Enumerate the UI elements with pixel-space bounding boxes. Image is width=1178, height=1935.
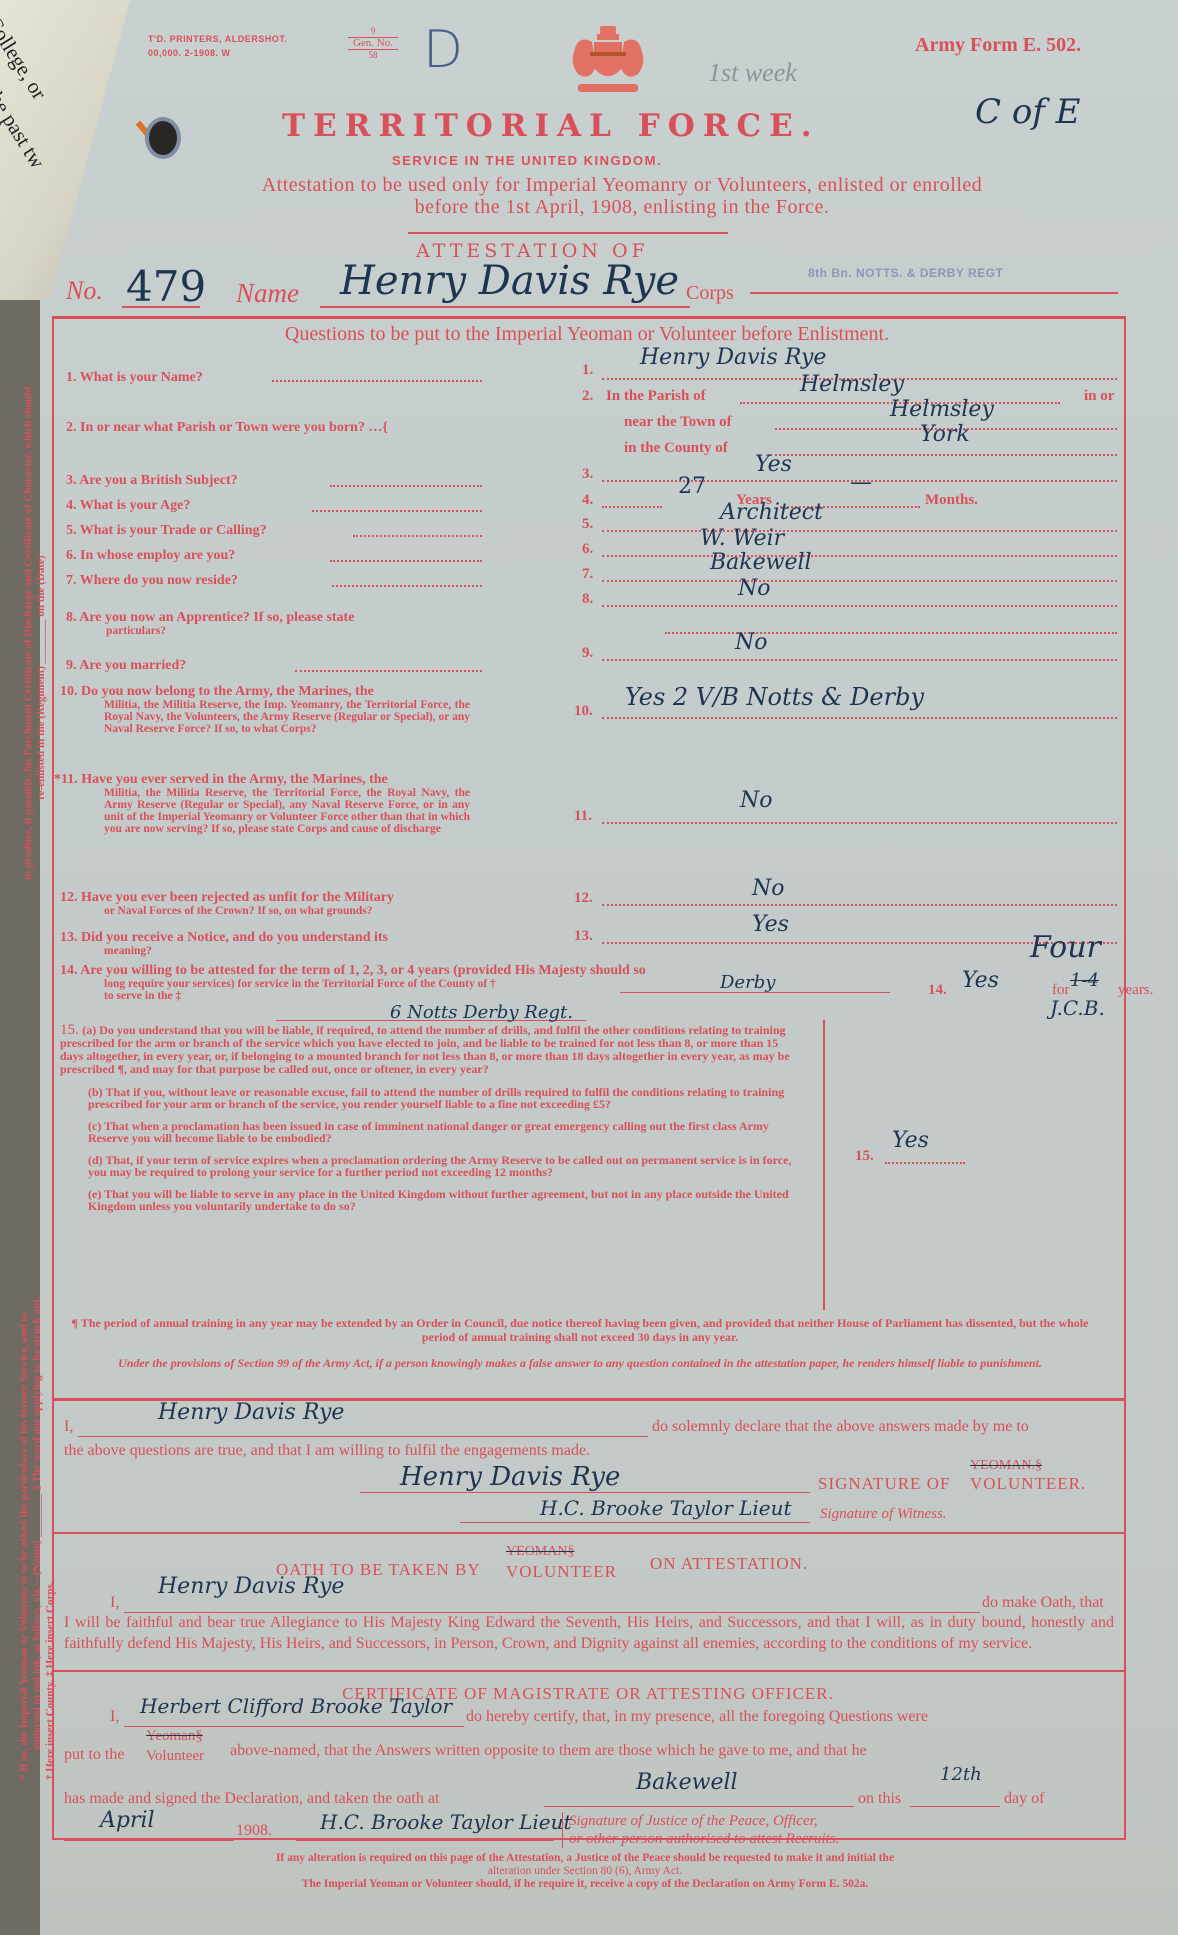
answer-line-7 — [602, 580, 1117, 582]
cert-text3: has made and signed the Declaration, and… — [64, 1788, 439, 1809]
day-line — [910, 1806, 1000, 1807]
name-label: Name — [236, 278, 299, 309]
q-subtext: or Naval Forces of the Crown? If so, on … — [60, 905, 470, 917]
gen-label: Gen. No. — [348, 37, 398, 50]
cert-text1: do hereby certify, that, in my presence,… — [466, 1706, 928, 1727]
sig-label-line: or other person authorised to attest Rec… — [569, 1830, 839, 1848]
gen-top: 9 — [348, 26, 398, 37]
oath-name: Henry Davis Rye — [158, 1574, 344, 1599]
question-7: 7. Where do you now reside? — [66, 573, 238, 588]
answer-line-county — [770, 454, 1117, 456]
q-text: Did you receive a Notice, and do you und… — [81, 930, 388, 945]
answer-11: No — [740, 788, 773, 813]
corps-line — [750, 292, 1118, 294]
q14-unit: 6 Notts Derby Regt. — [390, 1002, 573, 1023]
q-leader — [330, 560, 482, 562]
footer-line: The Imperial Yeoman or Volunteer should,… — [100, 1878, 1070, 1891]
decl-text1: do solemnly declare that the above answe… — [652, 1416, 1029, 1437]
answer-line-4a — [602, 506, 662, 508]
cert-i: I, — [110, 1706, 119, 1727]
decl-text2: the above questions are true, and that I… — [64, 1440, 590, 1461]
years-label: years. — [1118, 982, 1153, 999]
oath-volunteer: VOLUNTEER — [506, 1562, 617, 1582]
officer-signature-line — [296, 1840, 554, 1841]
q-text: What is your Name? — [80, 370, 203, 385]
margin-note-line: * If so, the Imperial Yeoman or Voluntee… — [18, 1080, 31, 1780]
question-6: 6. In whose employ are you? — [66, 548, 235, 563]
cert-put-to: put to the — [64, 1744, 124, 1765]
witness-signature: H.C. Brooke Taylor Lieut — [540, 1496, 792, 1520]
q-subtext: Militia, the Militia Reserve, the Imp. Y… — [60, 699, 470, 735]
town-label: near the Town of — [624, 414, 732, 431]
printer-line: T'D. PRINTERS, ALDERSHOT. — [148, 32, 287, 46]
signature-line — [360, 1492, 810, 1493]
attestation-form: to produce, if possible, his Parchment C… — [40, 0, 1178, 1935]
answer-12: No — [752, 876, 785, 901]
q14-years-struck: 1-4 — [1070, 970, 1099, 991]
oath-rule — [52, 1532, 1124, 1534]
month-line — [64, 1840, 234, 1841]
answer-3: Yes — [755, 452, 792, 477]
q15-c: (c) That when a proclamation has been is… — [60, 1120, 800, 1144]
parish-label: In the Parish of — [606, 388, 706, 405]
officer-name-line — [124, 1726, 464, 1727]
royal-coat-of-arms-icon — [568, 22, 648, 102]
witness-line — [460, 1522, 810, 1523]
answer-line-9 — [602, 659, 1117, 661]
q14-line1: Are you willing to be attested for the t… — [80, 963, 646, 978]
q-number: 9. — [66, 658, 77, 673]
place-line — [544, 1806, 854, 1807]
folded-page-text: College, or during the past tw ate has n… — [0, 8, 88, 237]
question-13: 13. Did you receive a Notice, and do you… — [60, 930, 470, 957]
question-9: 9. Are you married? — [66, 658, 186, 673]
form-title: TERRITORIAL FORCE. — [282, 108, 820, 144]
q-number: 14. — [60, 963, 78, 978]
q-number: 1. — [66, 370, 77, 385]
attestation-place: Bakewell — [636, 1770, 738, 1795]
q-number: 2. — [66, 420, 77, 435]
cert-volunteer: Volunteer — [146, 1748, 204, 1765]
q-number: 13. — [60, 930, 78, 945]
q-text: Are you married? — [79, 658, 186, 673]
signature-of-label: SIGNATURE OF — [818, 1474, 950, 1494]
footer-notes: If any alteration is required on this pa… — [100, 1852, 1070, 1891]
oath-yeoman-struck: YEOMAN§ — [506, 1544, 574, 1560]
question-14: 14. Are you willing to be attested for t… — [60, 964, 740, 1002]
witness-label: Signature of Witness. — [820, 1506, 947, 1523]
answer-2-town: Helmsley — [890, 397, 994, 422]
intro-line: Attestation to be used only for Imperial… — [102, 174, 1142, 196]
form-subtitle: SERVICE IN THE UNITED KINGDOM. — [392, 153, 662, 168]
answer-4-years: 27 — [678, 474, 706, 499]
q14-county: Derby — [720, 972, 775, 993]
decl-i: I, — [64, 1416, 73, 1437]
attestation-month: April — [100, 1808, 155, 1833]
cert-text2: above-named, that the Answers written op… — [230, 1740, 867, 1761]
q-text: Where do you now reside? — [80, 573, 238, 588]
answer-line-10 — [602, 717, 1117, 719]
in-or-label: in or — [1084, 388, 1114, 405]
gen-number: 9 Gen. No. 58 — [348, 26, 398, 61]
question-8: 8. Are you now an Apprentice? If so, ple… — [66, 610, 466, 637]
number-label: No. — [66, 276, 103, 306]
answer-1-name: Henry Davis Rye — [640, 345, 826, 370]
q-text: Are you a British Subject? — [79, 473, 237, 488]
form-number: Army Form E. 502. — [915, 34, 1081, 57]
margin-note-line: endorsed in red ink, as follows, viz.—(N… — [31, 1080, 44, 1780]
answer-line-8b — [665, 632, 1117, 634]
answer-line-11 — [602, 822, 1117, 824]
question-1: 1. What is your Name? — [66, 370, 203, 385]
q-number: 5. — [66, 523, 77, 538]
q14-answer-number: 14. — [928, 982, 947, 999]
footer-line: If any alteration is required on this pa… — [100, 1852, 1070, 1865]
months-label: Months. — [925, 492, 978, 509]
oath-text-end: do make Oath, that — [982, 1592, 1104, 1613]
officer-signature-label: Signature of Justice of the Peace, Offic… — [562, 1812, 839, 1848]
gen-bottom: 58 — [348, 50, 398, 61]
q-number: *11. — [54, 772, 78, 787]
recruit-name: Henry Davis Rye — [340, 258, 679, 304]
printer-imprint: T'D. PRINTERS, ALDERSHOT. 00,000. 2-1908… — [148, 32, 287, 60]
q-subtext: particulars? — [66, 625, 466, 637]
answer-13: Yes — [752, 912, 789, 937]
q-text: Are you now an Apprentice? If so, please… — [79, 610, 354, 625]
question-2: 2. In or near what Parish or Town were y… — [66, 420, 388, 435]
q-subtext: Militia, the Militia Reserve, the Territ… — [54, 787, 470, 835]
oath-i: I, — [110, 1592, 119, 1613]
cert-yeoman-struck: Yeoman§ — [146, 1728, 203, 1745]
attestation-number: 479 — [126, 262, 206, 311]
question-12: 12. Have you ever been rejected as unfit… — [60, 890, 470, 917]
q15-a: (a) Do you understand that you will be l… — [60, 1023, 790, 1076]
corps-stamp: 8th Bn. NOTTS. & DERBY REGT — [808, 266, 1003, 280]
handwritten-corner-note: C of E — [975, 92, 1081, 132]
question-5: 5. What is your Trade or Calling? — [66, 523, 267, 538]
cert-on-this: on this — [858, 1788, 901, 1809]
oath-body: I will be faithful and bear true Allegia… — [64, 1612, 1114, 1654]
corps-label: Corps — [686, 282, 734, 305]
footer-line: alteration under Section 80 (6), Army Ac… — [100, 1865, 1070, 1878]
sig-label-line: Signature of Justice of the Peace, Offic… — [569, 1812, 839, 1830]
attestation-day: 12th — [940, 1764, 982, 1785]
q14-line2: long require your services) for service … — [60, 978, 740, 990]
answer-2-parish: Helmsley — [800, 372, 904, 397]
name-line — [320, 306, 690, 308]
q-number: 12. — [60, 890, 78, 905]
q-leader — [330, 485, 482, 487]
handwritten-week-note: 1st week — [708, 58, 797, 88]
q-subtext: meaning? — [60, 945, 470, 957]
q-text: In or near what Parish or Town were you … — [80, 420, 365, 435]
q15-answer: Yes — [892, 1128, 929, 1153]
q-text: What is your Trade or Calling? — [80, 523, 267, 538]
q14-initials: J.C.B. — [1050, 996, 1105, 1020]
handwritten-letter-d: D — [423, 20, 463, 80]
q-text: Have you ever been rejected as unfit for… — [81, 890, 394, 905]
punch-hole — [145, 117, 181, 159]
question-15: 15. (a) Do you understand that you will … — [60, 1024, 800, 1212]
q15-answer-line — [885, 1162, 965, 1164]
decl-name-line — [78, 1436, 648, 1437]
printer-line: 00,000. 2-1908. W — [148, 46, 287, 60]
q-leader — [272, 380, 482, 382]
q14-years-handwritten: Four — [1030, 930, 1101, 965]
answer-4-months: — — [850, 470, 872, 495]
officer-signature: H.C. Brooke Taylor Lieut — [320, 1810, 572, 1834]
volunteer-label: VOLUNTEER. — [970, 1474, 1086, 1494]
recruit-signature: Henry Davis Rye — [400, 1462, 620, 1492]
question-11: *11. Have you ever served in the Army, t… — [54, 772, 470, 835]
question-4: 4. What is your Age? — [66, 498, 190, 513]
form-intro: Attestation to be used only for Imperial… — [102, 174, 1142, 218]
questions-heading: Questions to be put to the Imperial Yeom… — [52, 323, 1122, 346]
q15-d: (d) That, if your term of service expire… — [60, 1154, 800, 1178]
q-number: 10. — [60, 684, 78, 699]
false-answer-warning: Under the provisions of Section 99 of th… — [60, 1356, 1100, 1370]
county-label: in the County of — [624, 440, 728, 457]
number-line — [122, 306, 200, 308]
answer-6-employer: W. Weir — [700, 526, 784, 551]
yeoman-struck: YEOMAN.§ — [970, 1458, 1042, 1474]
q-number: 3. — [66, 473, 77, 488]
q-leader — [332, 585, 482, 587]
q-text: Do you now belong to the Army, the Marin… — [81, 684, 374, 699]
q-leader — [295, 670, 482, 672]
q-leader — [353, 535, 482, 537]
answer-line-8 — [602, 605, 1117, 607]
answer-8: No — [738, 576, 771, 601]
q-text: What is your Age? — [80, 498, 191, 513]
q15-answer-number: 15. — [855, 1148, 874, 1165]
question-3: 3. Are you a British Subject? — [66, 473, 238, 488]
attestation-year: 1908. — [236, 1820, 272, 1841]
answer-2-county: York — [920, 422, 970, 447]
officer-name: Herbert Clifford Brooke Taylor — [140, 1694, 452, 1718]
training-note: ¶ The period of annual training in any y… — [60, 1316, 1100, 1344]
q-number: 8. — [66, 610, 77, 625]
certificate-rule — [52, 1670, 1124, 1672]
cert-day-of: day of — [1004, 1788, 1044, 1809]
question-10: 10. Do you now belong to the Army, the M… — [60, 684, 470, 735]
answer-line-5 — [602, 530, 1117, 532]
intro-line: before the 1st April, 1908, enlisting in… — [102, 196, 1142, 218]
q-number: 7. — [66, 573, 77, 588]
answer-7-residence: Bakewell — [710, 550, 812, 575]
q-number: 6. — [66, 548, 77, 563]
decl-name: Henry Davis Rye — [158, 1400, 344, 1425]
q15-b: (b) That if you, without leave or reason… — [60, 1086, 800, 1110]
q-text: Have you ever served in the Army, the Ma… — [81, 772, 388, 787]
heading-rule — [408, 232, 728, 234]
q-leader — [312, 510, 482, 512]
answer-10-corps: Yes 2 V/B Notts & Derby — [625, 683, 924, 711]
q-number: 4. — [66, 498, 77, 513]
q-text: In whose employ are you? — [80, 548, 235, 563]
answer-9: No — [735, 630, 768, 655]
q15-e: (e) That you will be liable to serve in … — [60, 1188, 800, 1212]
oath-heading-post: ON ATTESTATION. — [650, 1554, 808, 1574]
q14-answer: Yes — [962, 968, 999, 993]
answer-line-6 — [602, 555, 1117, 557]
answer-5-trade: Architect — [720, 500, 823, 525]
answer-line-12 — [602, 904, 1117, 906]
q15-bracket — [823, 1020, 825, 1310]
